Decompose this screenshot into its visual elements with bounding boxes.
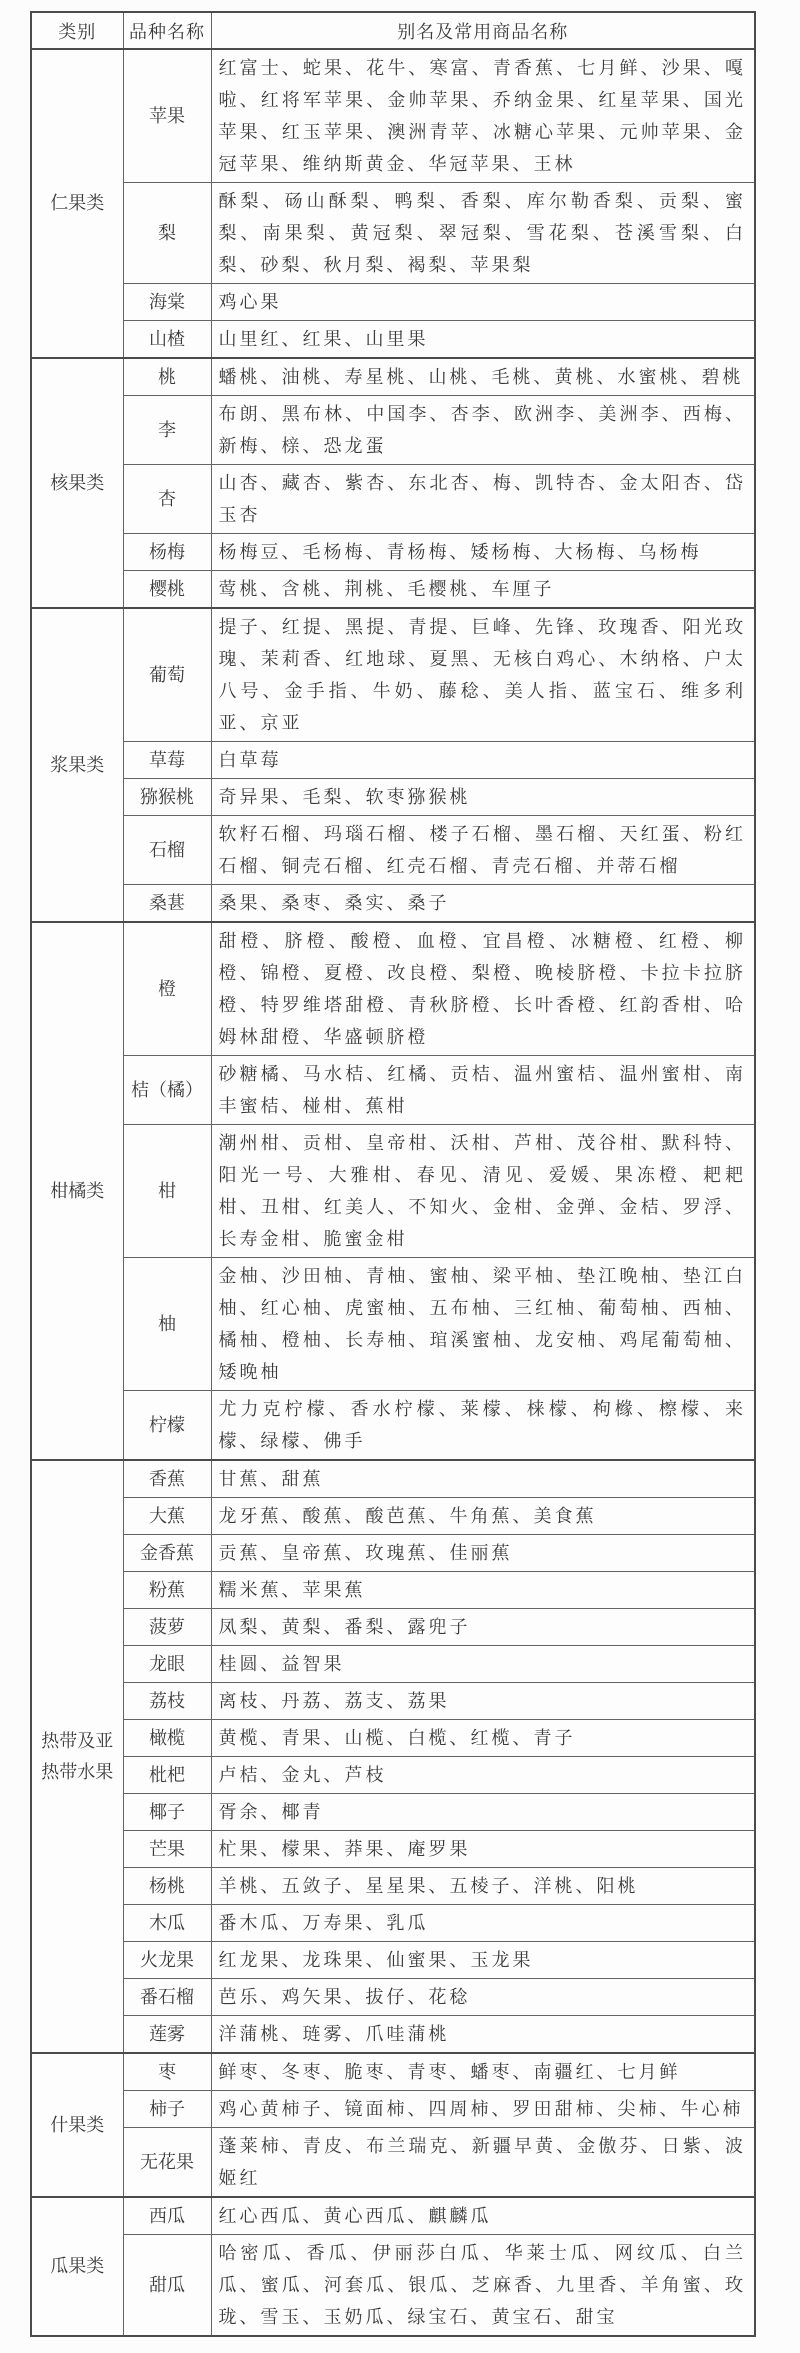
- table-row: 粉蕉糯米蕉、苹果蕉: [31, 1572, 755, 1609]
- table-header: 类别 品种名称 别名及常用商品名称: [31, 12, 755, 49]
- aliases-cell: 金柚、沙田柚、青柚、蜜柚、梁平柚、垫江晚柚、垫江白柚、红心柚、虎蜜柚、五布柚、三…: [211, 1258, 755, 1391]
- variety-cell: 菠萝: [123, 1609, 211, 1646]
- aliases-cell: 番木瓜、万寿果、乳瓜: [211, 1905, 755, 1942]
- variety-cell: 桑葚: [123, 885, 211, 923]
- variety-cell: 莲雾: [123, 2016, 211, 2054]
- variety-cell: 柑: [123, 1125, 211, 1258]
- aliases-cell: 卢桔、金丸、芦枝: [211, 1757, 755, 1794]
- aliases-cell: 蟠桃、油桃、寿星桃、山桃、毛桃、黄桃、水蜜桃、碧桃: [211, 358, 755, 396]
- table-row: 热带及亚热带水果香蕉甘蕉、甜蕉: [31, 1460, 755, 1498]
- table-row: 草莓白草莓: [31, 742, 755, 779]
- category-cell: 瓜果类: [31, 2197, 123, 2336]
- variety-cell: 枣: [123, 2053, 211, 2091]
- variety-cell: 桔（橘）: [123, 1056, 211, 1125]
- variety-cell: 西瓜: [123, 2197, 211, 2235]
- category-cell: 热带及亚热带水果: [31, 1460, 123, 2053]
- variety-cell: 木瓜: [123, 1905, 211, 1942]
- aliases-cell: 红龙果、龙珠果、仙蜜果、玉龙果: [211, 1942, 755, 1979]
- page: 类别 品种名称 别名及常用商品名称 仁果类苹果红富士、蛇果、花牛、寒富、青香蕉、…: [0, 0, 800, 2353]
- table-row: 什果类枣鲜枣、冬枣、脆枣、青枣、蟠枣、南疆红、七月鲜: [31, 2053, 755, 2091]
- aliases-cell: 红富士、蛇果、花牛、寒富、青香蕉、七月鲜、沙果、嘎啦、红将军苹果、金帅苹果、乔纳…: [211, 49, 755, 183]
- variety-cell: 番石榴: [123, 1979, 211, 2016]
- aliases-cell: 酥梨、砀山酥梨、鸭梨、香梨、库尔勒香梨、贡梨、蜜梨、南果梨、黄冠梨、翠冠梨、雪花…: [211, 183, 755, 284]
- table-row: 枇杷卢桔、金丸、芦枝: [31, 1757, 755, 1794]
- variety-cell: 龙眼: [123, 1646, 211, 1683]
- table-row: 仁果类苹果红富士、蛇果、花牛、寒富、青香蕉、七月鲜、沙果、嘎啦、红将军苹果、金帅…: [31, 49, 755, 183]
- aliases-cell: 白草莓: [211, 742, 755, 779]
- aliases-cell: 羊桃、五敛子、星星果、五棱子、洋桃、阳桃: [211, 1868, 755, 1905]
- aliases-cell: 黄榄、青果、山榄、白榄、红榄、青子: [211, 1720, 755, 1757]
- variety-cell: 芒果: [123, 1831, 211, 1868]
- variety-cell: 苹果: [123, 49, 211, 183]
- variety-cell: 猕猴桃: [123, 779, 211, 816]
- header-variety: 品种名称: [123, 12, 211, 49]
- variety-cell: 梨: [123, 183, 211, 284]
- aliases-cell: 鲜枣、冬枣、脆枣、青枣、蟠枣、南疆红、七月鲜: [211, 2053, 755, 2091]
- table-row: 金香蕉贡蕉、皇帝蕉、玫瑰蕉、佳丽蕉: [31, 1535, 755, 1572]
- variety-cell: 火龙果: [123, 1942, 211, 1979]
- category-cell: 柑橘类: [31, 922, 123, 1460]
- table-row: 大蕉龙牙蕉、酸蕉、酸芭蕉、牛角蕉、美食蕉: [31, 1498, 755, 1535]
- table-row: 杨梅杨梅豆、毛杨梅、青杨梅、矮杨梅、大杨梅、乌杨梅: [31, 534, 755, 571]
- variety-cell: 海棠: [123, 284, 211, 321]
- table-row: 椰子胥余、椰青: [31, 1794, 755, 1831]
- variety-cell: 金香蕉: [123, 1535, 211, 1572]
- aliases-cell: 凤梨、黄梨、番梨、露兜子: [211, 1609, 755, 1646]
- aliases-cell: 芭乐、鸡矢果、拔仔、花稔: [211, 1979, 755, 2016]
- table-row: 杨桃羊桃、五敛子、星星果、五棱子、洋桃、阳桃: [31, 1868, 755, 1905]
- category-cell: 浆果类: [31, 608, 123, 922]
- table-row: 龙眼桂圆、益智果: [31, 1646, 755, 1683]
- variety-cell: 杏: [123, 465, 211, 534]
- variety-cell: 柚: [123, 1258, 211, 1391]
- variety-cell: 荔枝: [123, 1683, 211, 1720]
- table-row: 桔（橘）砂糖橘、马水桔、红橘、贡桔、温州蜜桔、温州蜜柑、南丰蜜桔、椪柑、蕉柑: [31, 1056, 755, 1125]
- table-row: 橄榄黄榄、青果、山榄、白榄、红榄、青子: [31, 1720, 755, 1757]
- table-row: 莲雾洋蒲桃、琏雾、爪哇蒲桃: [31, 2016, 755, 2054]
- aliases-cell: 奇异果、毛梨、软枣猕猴桃: [211, 779, 755, 816]
- table-row: 山楂山里红、红果、山里果: [31, 321, 755, 359]
- table-row: 柑潮州柑、贡柑、皇帝柑、沃柑、芦柑、茂谷柑、默科特、阳光一号、大雅柑、春见、清见…: [31, 1125, 755, 1258]
- table-row: 柑橘类橙甜橙、脐橙、酸橙、血橙、宜昌橙、冰糖橙、红橙、柳橙、锦橙、夏橙、改良橙、…: [31, 922, 755, 1056]
- aliases-cell: 桑果、桑枣、桑实、桑子: [211, 885, 755, 923]
- aliases-cell: 离枝、丹荔、荔支、荔果: [211, 1683, 755, 1720]
- aliases-cell: 砂糖橘、马水桔、红橘、贡桔、温州蜜桔、温州蜜柑、南丰蜜桔、椪柑、蕉柑: [211, 1056, 755, 1125]
- aliases-cell: 尤力克柠檬、香水柠檬、莱檬、梾檬、枸橼、檫檬、来檬、绿檬、佛手: [211, 1391, 755, 1461]
- table-row: 荔枝离枝、丹荔、荔支、荔果: [31, 1683, 755, 1720]
- aliases-cell: 桂圆、益智果: [211, 1646, 755, 1683]
- table-row: 柚金柚、沙田柚、青柚、蜜柚、梁平柚、垫江晚柚、垫江白柚、红心柚、虎蜜柚、五布柚、…: [31, 1258, 755, 1391]
- variety-cell: 椰子: [123, 1794, 211, 1831]
- table-row: 番石榴芭乐、鸡矢果、拔仔、花稔: [31, 1979, 755, 2016]
- variety-cell: 葡萄: [123, 608, 211, 742]
- variety-cell: 枇杷: [123, 1757, 211, 1794]
- table-row: 核果类桃蟠桃、油桃、寿星桃、山桃、毛桃、黄桃、水蜜桃、碧桃: [31, 358, 755, 396]
- variety-cell: 大蕉: [123, 1498, 211, 1535]
- table-row: 梨酥梨、砀山酥梨、鸭梨、香梨、库尔勒香梨、贡梨、蜜梨、南果梨、黄冠梨、翠冠梨、雪…: [31, 183, 755, 284]
- aliases-cell: 杧果、檬果、莽果、庵罗果: [211, 1831, 755, 1868]
- aliases-cell: 潮州柑、贡柑、皇帝柑、沃柑、芦柑、茂谷柑、默科特、阳光一号、大雅柑、春见、清见、…: [211, 1125, 755, 1258]
- table-row: 桑葚桑果、桑枣、桑实、桑子: [31, 885, 755, 923]
- aliases-cell: 莺桃、含桃、荆桃、毛樱桃、车厘子: [211, 571, 755, 609]
- table-row: 瓜果类西瓜红心西瓜、黄心西瓜、麒麟瓜: [31, 2197, 755, 2235]
- table-row: 李布朗、黑布林、中国李、杏李、欧洲李、美洲李、西梅、新梅、榇、恐龙蛋: [31, 396, 755, 465]
- aliases-cell: 布朗、黑布林、中国李、杏李、欧洲李、美洲李、西梅、新梅、榇、恐龙蛋: [211, 396, 755, 465]
- variety-cell: 樱桃: [123, 571, 211, 609]
- table-row: 浆果类葡萄提子、红提、黑提、青提、巨峰、先锋、玫瑰香、阳光玫瑰、茉莉香、红地球、…: [31, 608, 755, 742]
- aliases-cell: 鸡心果: [211, 284, 755, 321]
- table-row: 无花果蓬莱柿、青皮、布兰瑞克、新疆早黄、金傲芬、日紫、波姬红: [31, 2128, 755, 2198]
- aliases-cell: 山杏、藏杏、紫杏、东北杏、梅、凯特杏、金太阳杏、岱玉杏: [211, 465, 755, 534]
- table-row: 樱桃莺桃、含桃、荆桃、毛樱桃、车厘子: [31, 571, 755, 609]
- table-body: 仁果类苹果红富士、蛇果、花牛、寒富、青香蕉、七月鲜、沙果、嘎啦、红将军苹果、金帅…: [31, 49, 755, 2336]
- table-row: 菠萝凤梨、黄梨、番梨、露兜子: [31, 1609, 755, 1646]
- table-row: 石榴软籽石榴、玛瑙石榴、楼子石榴、墨石榴、天红蛋、粉红石榴、铜壳石榴、红壳石榴、…: [31, 816, 755, 885]
- table-row: 木瓜番木瓜、万寿果、乳瓜: [31, 1905, 755, 1942]
- variety-cell: 柿子: [123, 2091, 211, 2128]
- category-cell: 什果类: [31, 2053, 123, 2197]
- aliases-cell: 哈密瓜、香瓜、伊丽莎白瓜、华莱士瓜、网纹瓜、白兰瓜、蜜瓜、河套瓜、银瓜、芝麻香、…: [211, 2235, 755, 2337]
- aliases-cell: 糯米蕉、苹果蕉: [211, 1572, 755, 1609]
- variety-cell: 柠檬: [123, 1391, 211, 1461]
- table-row: 海棠鸡心果: [31, 284, 755, 321]
- aliases-cell: 提子、红提、黑提、青提、巨峰、先锋、玫瑰香、阳光玫瑰、茉莉香、红地球、夏黑、无核…: [211, 608, 755, 742]
- variety-cell: 甜瓜: [123, 2235, 211, 2337]
- aliases-cell: 甜橙、脐橙、酸橙、血橙、宜昌橙、冰糖橙、红橙、柳橙、锦橙、夏橙、改良橙、梨橙、晚…: [211, 922, 755, 1056]
- aliases-cell: 贡蕉、皇帝蕉、玫瑰蕉、佳丽蕉: [211, 1535, 755, 1572]
- fruit-classification-table: 类别 品种名称 别名及常用商品名称 仁果类苹果红富士、蛇果、花牛、寒富、青香蕉、…: [30, 11, 756, 2337]
- aliases-cell: 胥余、椰青: [211, 1794, 755, 1831]
- table-row: 火龙果红龙果、龙珠果、仙蜜果、玉龙果: [31, 1942, 755, 1979]
- aliases-cell: 洋蒲桃、琏雾、爪哇蒲桃: [211, 2016, 755, 2054]
- variety-cell: 香蕉: [123, 1460, 211, 1498]
- aliases-cell: 鸡心黄柿子、镜面柿、四周柿、罗田甜柿、尖柿、牛心柿: [211, 2091, 755, 2128]
- variety-cell: 草莓: [123, 742, 211, 779]
- table-row: 芒果杧果、檬果、莽果、庵罗果: [31, 1831, 755, 1868]
- aliases-cell: 山里红、红果、山里果: [211, 321, 755, 359]
- aliases-cell: 龙牙蕉、酸蕉、酸芭蕉、牛角蕉、美食蕉: [211, 1498, 755, 1535]
- aliases-cell: 杨梅豆、毛杨梅、青杨梅、矮杨梅、大杨梅、乌杨梅: [211, 534, 755, 571]
- header-row: 类别 品种名称 别名及常用商品名称: [31, 12, 755, 49]
- header-category: 类别: [31, 12, 123, 49]
- variety-cell: 桃: [123, 358, 211, 396]
- aliases-cell: 蓬莱柿、青皮、布兰瑞克、新疆早黄、金傲芬、日紫、波姬红: [211, 2128, 755, 2198]
- table-row: 柿子鸡心黄柿子、镜面柿、四周柿、罗田甜柿、尖柿、牛心柿: [31, 2091, 755, 2128]
- category-cell: 仁果类: [31, 49, 123, 358]
- variety-cell: 橄榄: [123, 1720, 211, 1757]
- variety-cell: 橙: [123, 922, 211, 1056]
- table-row: 杏山杏、藏杏、紫杏、东北杏、梅、凯特杏、金太阳杏、岱玉杏: [31, 465, 755, 534]
- variety-cell: 李: [123, 396, 211, 465]
- table-row: 甜瓜哈密瓜、香瓜、伊丽莎白瓜、华莱士瓜、网纹瓜、白兰瓜、蜜瓜、河套瓜、银瓜、芝麻…: [31, 2235, 755, 2337]
- variety-cell: 山楂: [123, 321, 211, 359]
- variety-cell: 粉蕉: [123, 1572, 211, 1609]
- aliases-cell: 红心西瓜、黄心西瓜、麒麟瓜: [211, 2197, 755, 2235]
- table-row: 猕猴桃奇异果、毛梨、软枣猕猴桃: [31, 779, 755, 816]
- variety-cell: 无花果: [123, 2128, 211, 2198]
- aliases-cell: 甘蕉、甜蕉: [211, 1460, 755, 1498]
- variety-cell: 石榴: [123, 816, 211, 885]
- table-row: 柠檬尤力克柠檬、香水柠檬、莱檬、梾檬、枸橼、檫檬、来檬、绿檬、佛手: [31, 1391, 755, 1461]
- variety-cell: 杨梅: [123, 534, 211, 571]
- aliases-cell: 软籽石榴、玛瑙石榴、楼子石榴、墨石榴、天红蛋、粉红石榴、铜壳石榴、红壳石榴、青壳…: [211, 816, 755, 885]
- header-aliases: 别名及常用商品名称: [211, 12, 755, 49]
- variety-cell: 杨桃: [123, 1868, 211, 1905]
- category-cell: 核果类: [31, 358, 123, 608]
